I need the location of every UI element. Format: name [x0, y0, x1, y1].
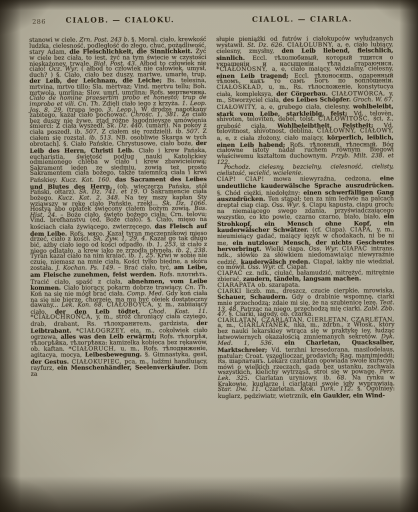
text-segment: gardzista,: [159, 321, 196, 327]
text-segment: ib. 513.: [89, 135, 116, 141]
column-right: słupie pieniążki od futrów i ciałokupców…: [216, 37, 395, 400]
dictionary-paragraph: słupie pieniążki od futrów i ciałokupców…: [216, 37, 394, 166]
text-segment: Pochodz. cielesny, bezcielny, cielesność…: [217, 164, 394, 176]
text-segment: Czarletan.: [265, 387, 300, 393]
text-segment: ein Menschenhändler, Seelenverkäufer.: [57, 364, 194, 372]
text-segment: *CIAŁOCHROŃCA,: [30, 315, 96, 321]
book-page-scan: 286 CIALOB. — CIALOKU. CIALOL. — CIARLA.…: [0, 0, 418, 512]
column-left: stanowi w ciele. Zrn. Post. 243 b. §. Mo…: [29, 38, 208, 401]
text-segment: §. Gimnastyka, gest,: [145, 352, 208, 358]
text-segment: тѣлодвиженіе,: [163, 346, 208, 352]
text-segment: тѣлохранитель,: [104, 321, 160, 327]
text-segment: ein Gaukler, ein Wind-: [311, 392, 385, 399]
page-content: 286 CIALOB. — CIALOKU. CIALOL. — CIARLA.…: [29, 12, 395, 401]
dictionary-paragraph: stanowi w ciele. Zrn. Post. 243 b. §. Mo…: [29, 38, 207, 378]
text-segment: Leibesbewegung.: [85, 351, 145, 358]
text-columns: stanowi w ciele. Zrn. Post. 243 b. §. Mo…: [29, 37, 395, 401]
running-head-right: CIALOL. — CIARLA.: [211, 14, 393, 24]
dictionary-paragraph: CIAP! CIAP! mowa niewyraźna, cedzona, ei…: [217, 177, 394, 272]
dictionary-paragraph: CIARLATAN, CZARLATAN, CIERLETAN, CZARLET…: [217, 318, 394, 401]
dictionary-paragraph: CIARKI liczb. mn., dreszcz, czucie cierp…: [217, 289, 394, 319]
running-head-left: CIALOB. — CIALOKU.: [29, 15, 211, 25]
text-segment: CIAPAĆ: [217, 271, 245, 277]
running-head: 286 CIALOB. — CIALOKU. CIALOL. — CIARLA.: [29, 12, 393, 29]
text-segment: des Leibes Schöpfer.: [283, 97, 353, 104]
text-segment: Star. Dw. 11.: [218, 387, 265, 393]
text-segment: CIAŁOSKŁAD,: [216, 85, 268, 91]
